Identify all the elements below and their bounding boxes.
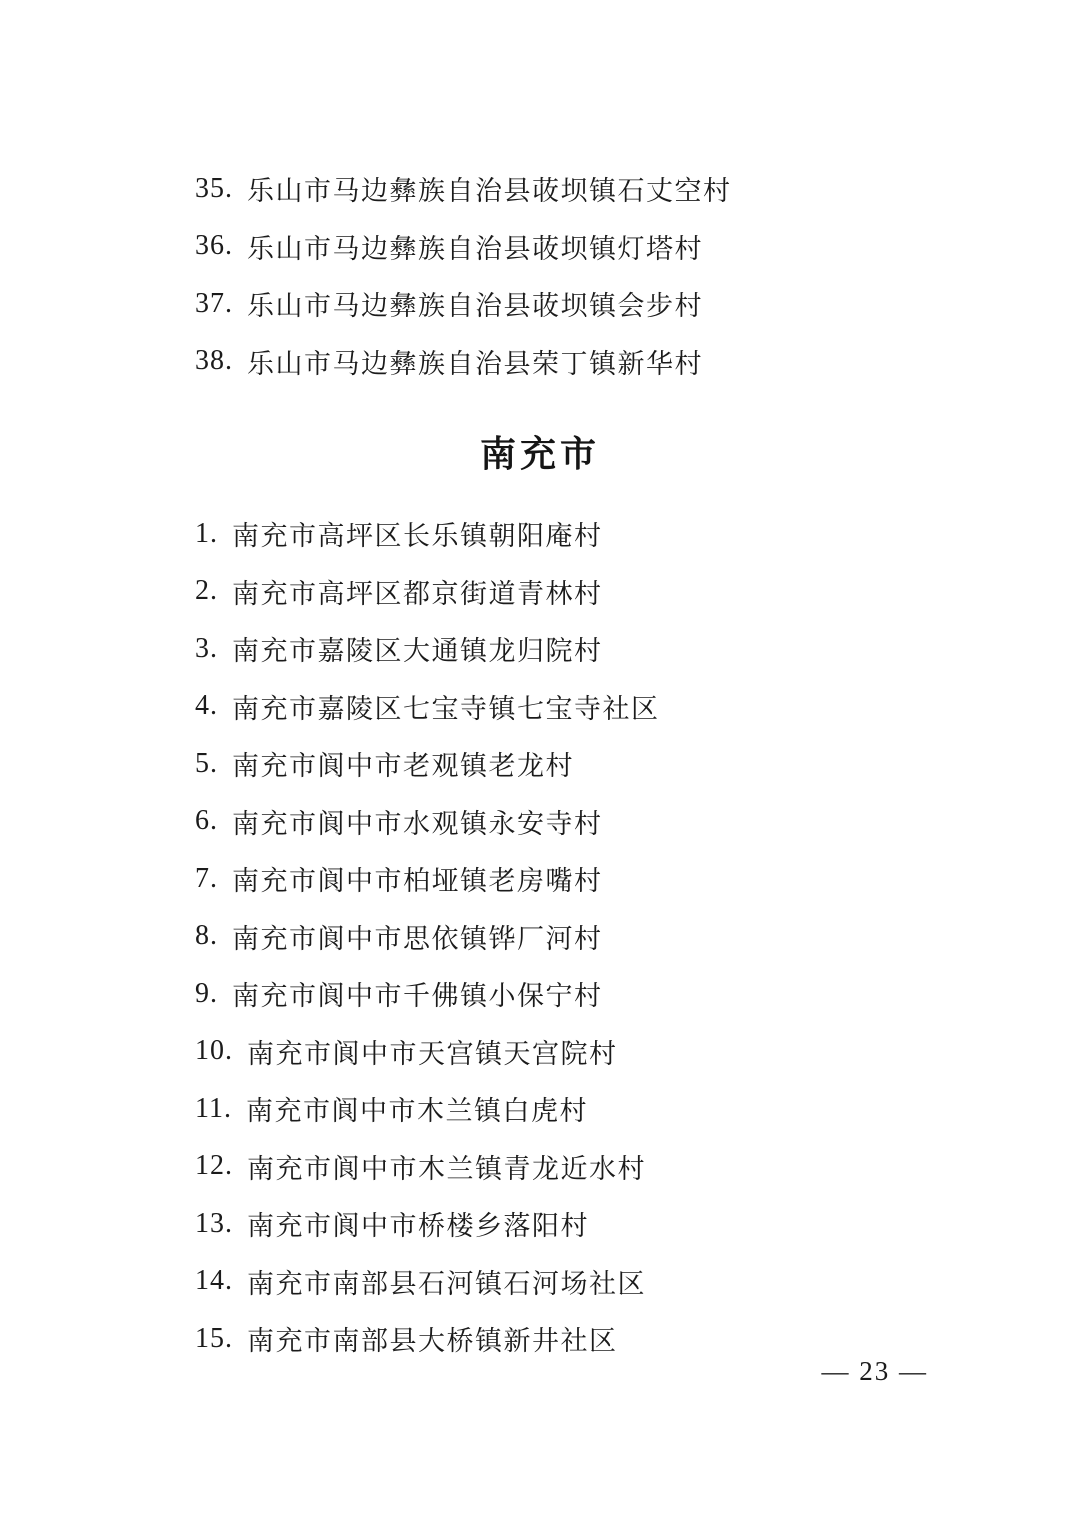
item-text: 南充市阆中市柏垭镇老房嘴村 xyxy=(232,859,603,898)
list-item: 2.南充市高坪区都京街道青林村 xyxy=(195,563,660,621)
item-number: 36. xyxy=(195,230,233,262)
item-number: 2. xyxy=(195,575,218,607)
item-text: 南充市嘉陵区大通镇龙归院村 xyxy=(232,629,603,668)
item-text: 南充市南部县大桥镇新井社区 xyxy=(247,1319,618,1358)
item-text: 南充市阆中市桥楼乡落阳村 xyxy=(247,1204,589,1243)
item-text: 南充市阆中市千佛镇小保宁村 xyxy=(232,974,603,1013)
page-number: — 23 — xyxy=(0,1356,928,1387)
item-number: 1. xyxy=(195,518,218,550)
list-item: 1.南充市高坪区长乐镇朝阳庵村 xyxy=(195,505,660,563)
list-item: 36.乐山市马边彝族自治县荍坝镇灯塔村 xyxy=(195,218,732,276)
list-item: 14.南充市南部县石河镇石河场社区 xyxy=(195,1253,660,1311)
item-number: 37. xyxy=(195,288,233,320)
list-item: 4.南充市嘉陵区七宝寺镇七宝寺社区 xyxy=(195,678,660,736)
item-text: 乐山市马边彝族自治县荍坝镇会步村 xyxy=(247,284,703,323)
item-text: 南充市阆中市思依镇铧厂河村 xyxy=(232,917,603,956)
item-number: 13. xyxy=(195,1208,233,1240)
item-text: 南充市高坪区长乐镇朝阳庵村 xyxy=(232,514,603,553)
item-number: 9. xyxy=(195,978,218,1010)
item-text: 南充市阆中市水观镇永安寺村 xyxy=(232,802,603,841)
item-number: 11. xyxy=(195,1093,232,1125)
item-text: 南充市阆中市木兰镇青龙近水村 xyxy=(247,1147,646,1186)
section-heading-nanchong: 南充市 xyxy=(0,426,1080,477)
list-item: 12.南充市阆中市木兰镇青龙近水村 xyxy=(195,1138,660,1196)
list-item: 5.南充市阆中市老观镇老龙村 xyxy=(195,735,660,793)
item-number: 4. xyxy=(195,690,218,722)
list-item: 38.乐山市马边彝族自治县荣丁镇新华村 xyxy=(195,333,732,391)
item-number: 10. xyxy=(195,1035,233,1067)
list-item: 37.乐山市马边彝族自治县荍坝镇会步村 xyxy=(195,275,732,333)
list-item: 8.南充市阆中市思依镇铧厂河村 xyxy=(195,908,660,966)
list-item: 6.南充市阆中市水观镇永安寺村 xyxy=(195,793,660,851)
item-text: 南充市嘉陵区七宝寺镇七宝寺社区 xyxy=(232,687,660,726)
document-page: 35.乐山市马边彝族自治县荍坝镇石丈空村36.乐山市马边彝族自治县荍坝镇灯塔村3… xyxy=(0,0,1080,1527)
list-item: 11.南充市阆中市木兰镇白虎村 xyxy=(195,1080,660,1138)
item-number: 7. xyxy=(195,863,218,895)
item-text: 乐山市马边彝族自治县荍坝镇石丈空村 xyxy=(247,169,732,208)
item-number: 3. xyxy=(195,633,218,665)
item-number: 35. xyxy=(195,173,233,205)
item-text: 南充市高坪区都京街道青林村 xyxy=(232,572,603,611)
village-list-nanchong: 1.南充市高坪区长乐镇朝阳庵村2.南充市高坪区都京街道青林村3.南充市嘉陵区大通… xyxy=(195,505,660,1368)
item-number: 8. xyxy=(195,920,218,952)
item-number: 14. xyxy=(195,1265,233,1297)
item-text: 南充市南部县石河镇石河场社区 xyxy=(247,1262,646,1301)
item-number: 5. xyxy=(195,748,218,780)
list-item: 10.南充市阆中市天宫镇天宫院村 xyxy=(195,1023,660,1081)
list-item: 9.南充市阆中市千佛镇小保宁村 xyxy=(195,965,660,1023)
item-number: 38. xyxy=(195,345,233,377)
item-number: 6. xyxy=(195,805,218,837)
item-text: 南充市阆中市木兰镇白虎村 xyxy=(246,1089,588,1128)
item-text: 南充市阆中市老观镇老龙村 xyxy=(232,744,574,783)
item-text: 乐山市马边彝族自治县荍坝镇灯塔村 xyxy=(247,227,703,266)
item-number: 12. xyxy=(195,1150,233,1182)
item-text: 南充市阆中市天宫镇天宫院村 xyxy=(247,1032,618,1071)
item-number: 15. xyxy=(195,1323,233,1355)
list-item: 35.乐山市马边彝族自治县荍坝镇石丈空村 xyxy=(195,160,732,218)
village-list-leshan-continuation: 35.乐山市马边彝族自治县荍坝镇石丈空村36.乐山市马边彝族自治县荍坝镇灯塔村3… xyxy=(195,160,732,390)
list-item: 13.南充市阆中市桥楼乡落阳村 xyxy=(195,1195,660,1253)
item-text: 乐山市马边彝族自治县荣丁镇新华村 xyxy=(247,342,703,381)
list-item: 3.南充市嘉陵区大通镇龙归院村 xyxy=(195,620,660,678)
list-item: 7.南充市阆中市柏垭镇老房嘴村 xyxy=(195,850,660,908)
